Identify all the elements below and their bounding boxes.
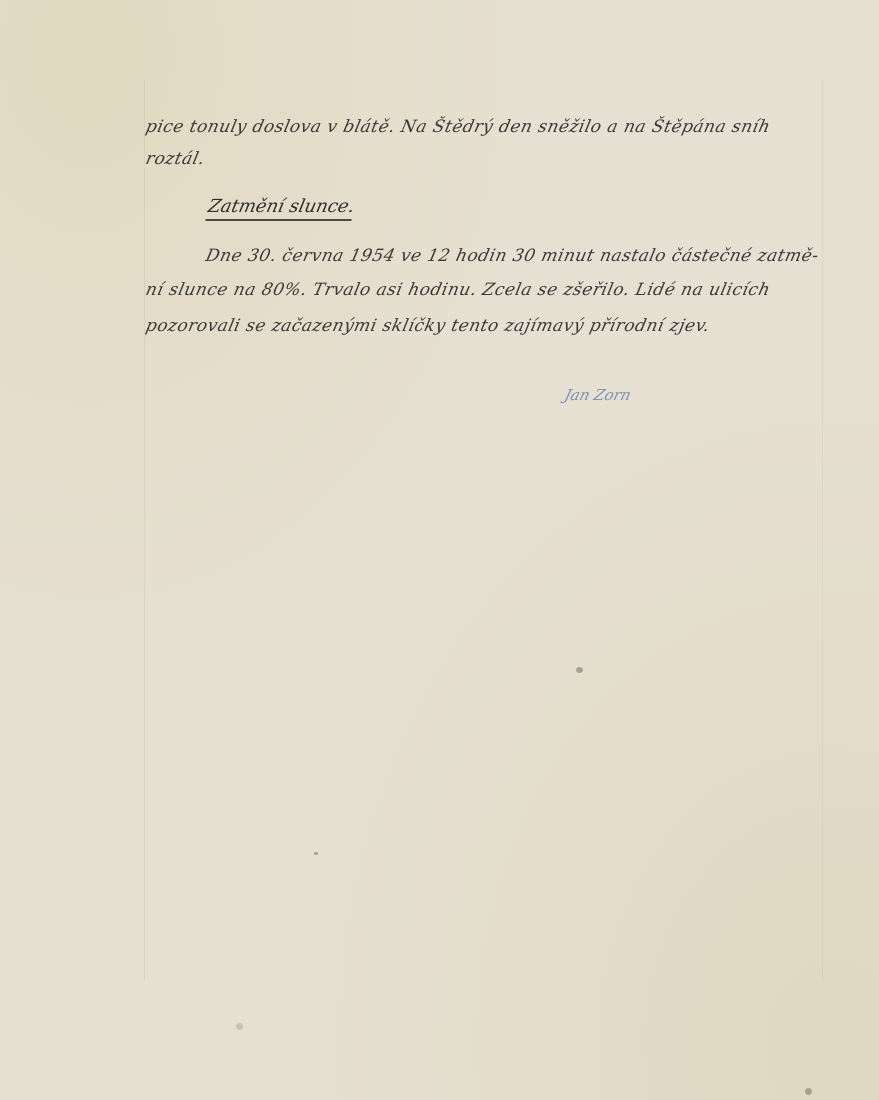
left-margin-line: [144, 80, 145, 980]
scanned-page: pice tonuly doslova v blátě. Na Štědrý d…: [0, 0, 879, 1100]
paper-spot: [805, 1088, 812, 1095]
continuation-line-2: roztál.: [144, 149, 207, 169]
paper-spot: [236, 1023, 243, 1030]
section-heading: Zatmění slunce.: [205, 196, 356, 221]
paragraph-line-1: Dne 30. června 1954 ve 12 hodin 30 minut…: [204, 246, 821, 266]
paper-spot: [314, 852, 318, 855]
continuation-line-1: pice tonuly doslova v blátě. Na Štědrý d…: [144, 117, 772, 137]
paragraph-line-3: pozorovali se začazenými sklíčky tento z…: [144, 316, 712, 336]
signature: Jan Zorn: [563, 386, 633, 404]
paragraph-line-2: ní slunce na 80%. Trvalo asi hodinu. Zce…: [144, 280, 772, 300]
right-margin-line: [822, 80, 823, 980]
paper-spot: [576, 667, 583, 673]
